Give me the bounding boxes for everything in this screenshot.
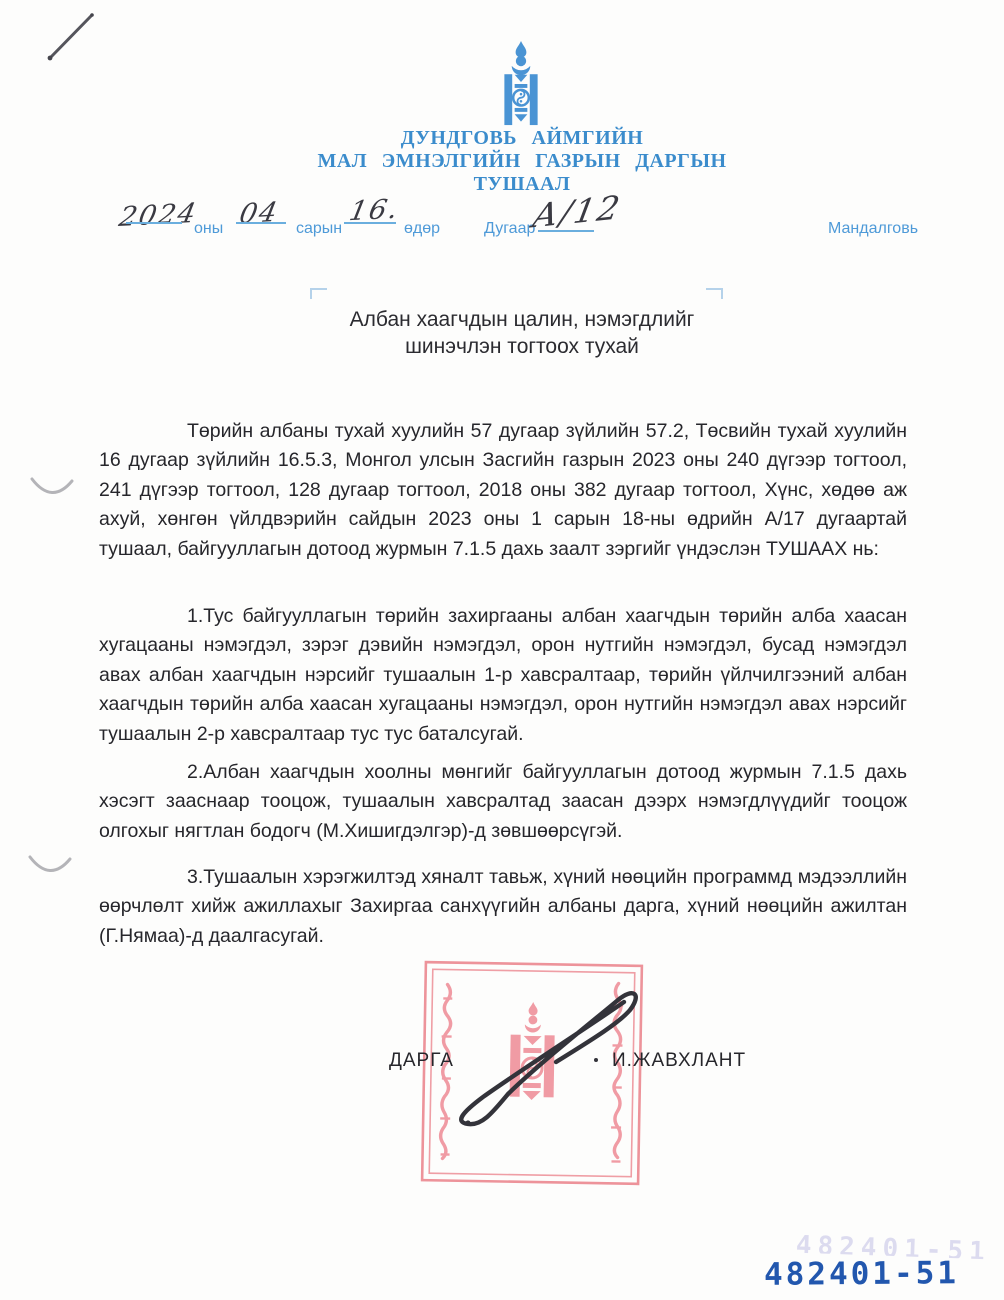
handwritten-year: 2024: [117, 198, 201, 233]
org-name-line1: ДУНДГОВЬ АЙМГИЙН: [222, 127, 822, 150]
soyombo-emblem-icon: [492, 40, 550, 128]
crop-mark-right: [706, 288, 723, 299]
day-fill-line: [344, 222, 396, 224]
month-fill-line: [236, 222, 286, 224]
month-label: сарын: [296, 220, 342, 238]
preamble-paragraph: Төрийн албаны тухай хуулийн 57 дугаар зү…: [99, 417, 907, 565]
order-item-1: 1.Тус байгууллагын төрийн захиргааны алб…: [99, 602, 907, 750]
order-item-3: 3.Тушаалын хэрэгжилтэд хяналт тавьж, хүн…: [99, 863, 907, 952]
org-name-line2: МАЛ ЭМНЭЛГИЙН ГАЗРЫН ДАРГЫН: [222, 150, 822, 173]
doc-number-fill-line: [538, 230, 594, 232]
scanned-document-page: ДУНДГОВЬ АЙМГИЙН МАЛ ЭМНЭЛГИЙН ГАЗРЫН ДА…: [0, 0, 1004, 1300]
registration-number: 482401-51: [764, 1255, 959, 1293]
order-item-2: 2.Албан хаагчдын хоолны мөнгийг байгуулл…: [99, 758, 907, 847]
doc-type-label: ТУШААЛ: [222, 173, 822, 196]
day-label: өдөр: [404, 220, 440, 238]
year-fill-line: [126, 222, 182, 224]
handwritten-month: 04: [237, 197, 282, 230]
org-header: ДУНДГОВЬ АЙМГИЙН МАЛ ЭМНЭЛГИЙН ГАЗРЫН ДА…: [222, 127, 822, 196]
doc-number-label: Дугаар: [484, 220, 535, 238]
title-line2: шинэчлэн тогтоох тухай: [252, 333, 792, 360]
punch-hole-shadow: [0, 835, 110, 895]
city-label: Мандалговь: [828, 220, 918, 238]
year-label: оны: [194, 220, 223, 238]
document-title: Албан хаагчдын цалин, нэмэгдлийг шинэчлэ…: [252, 306, 792, 360]
crop-mark-left: [310, 288, 327, 299]
pen-slash-mark: [0, 0, 120, 80]
punch-hole-shadow: [0, 455, 110, 515]
signature-stroke: [438, 962, 658, 1132]
title-line1: Албан хаагчдын цалин, нэмэгдлийг: [252, 306, 792, 333]
